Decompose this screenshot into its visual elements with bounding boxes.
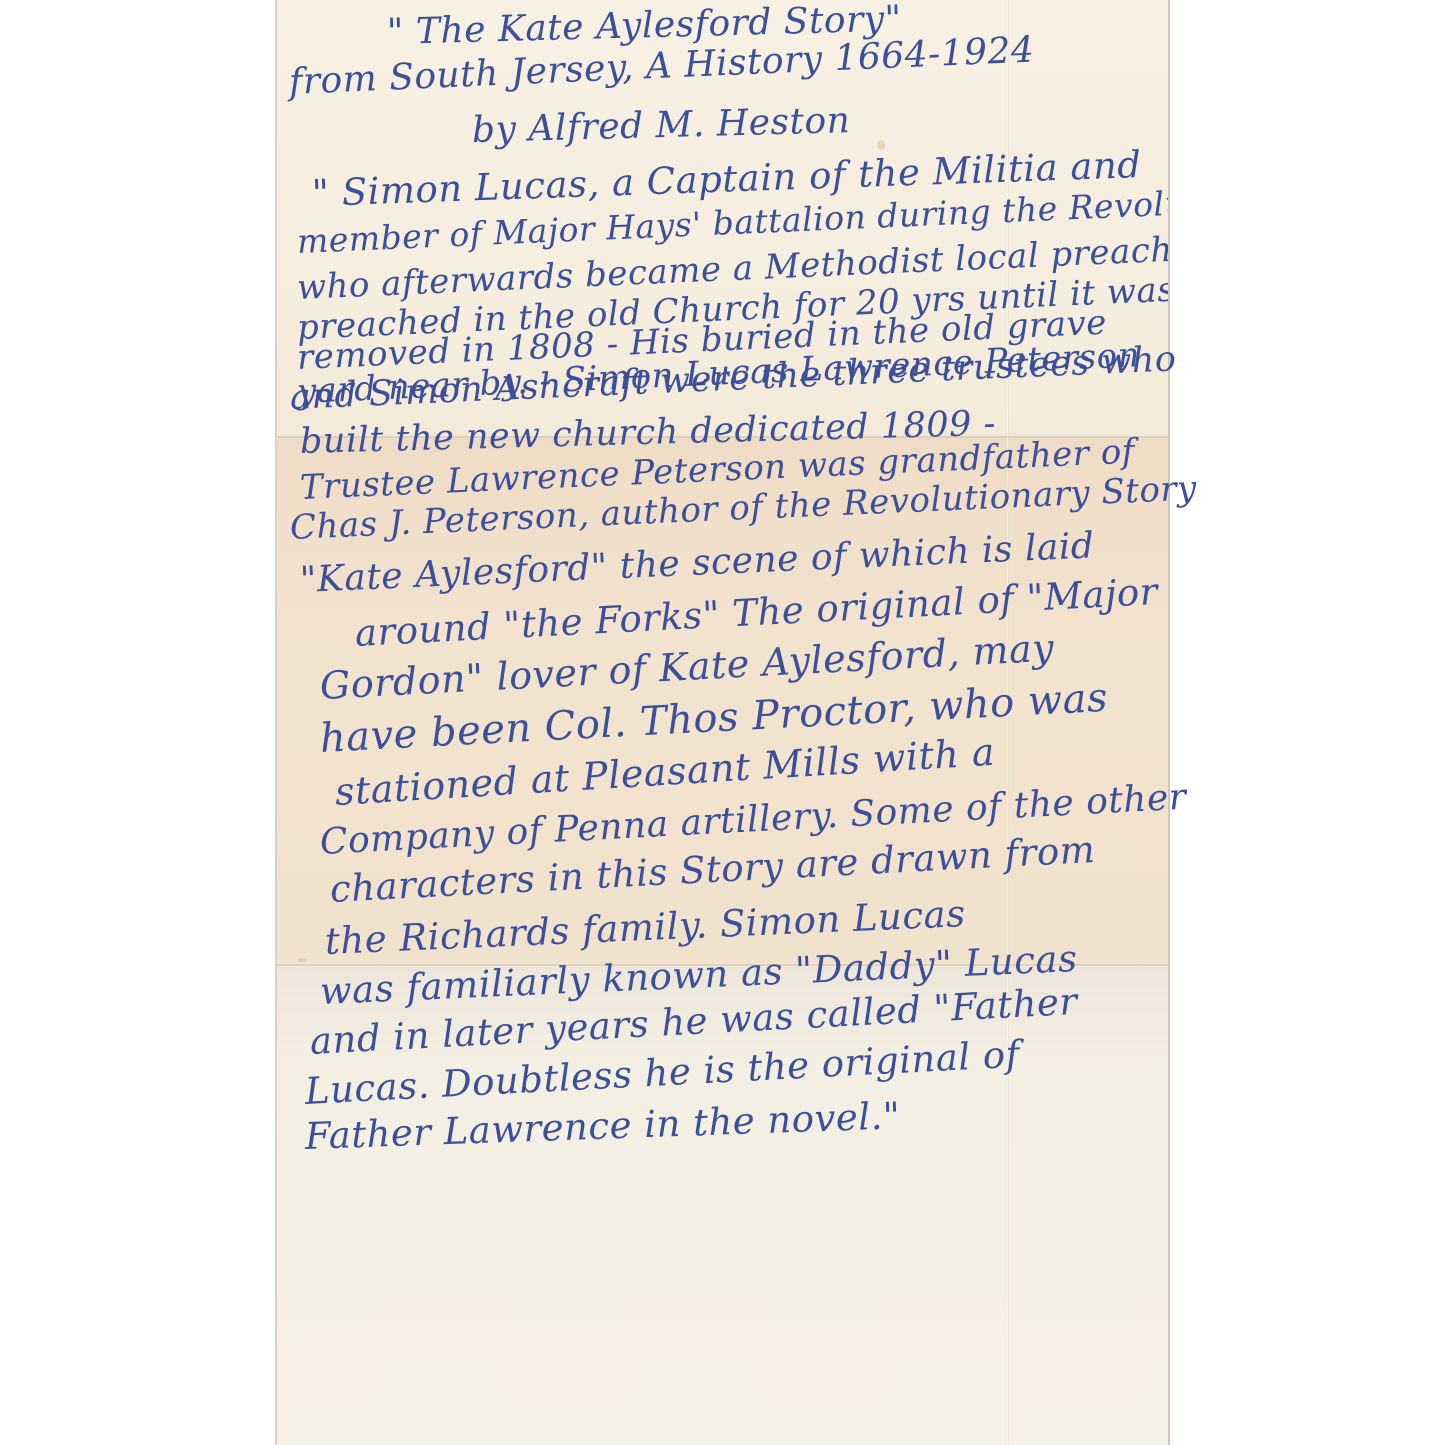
- paper-lower-panel: [277, 965, 1168, 1445]
- fold-crease-upper: [277, 435, 1168, 438]
- paper-stain: [297, 958, 307, 962]
- letter-page: " The Kate Aylesford Story" from South J…: [275, 0, 1170, 1445]
- fold-crease-lower: [277, 963, 1168, 966]
- paper-middle-panel: [277, 437, 1168, 965]
- paper-stain: [877, 140, 885, 150]
- scan-background: " The Kate Aylesford Story" from South J…: [0, 0, 1445, 1445]
